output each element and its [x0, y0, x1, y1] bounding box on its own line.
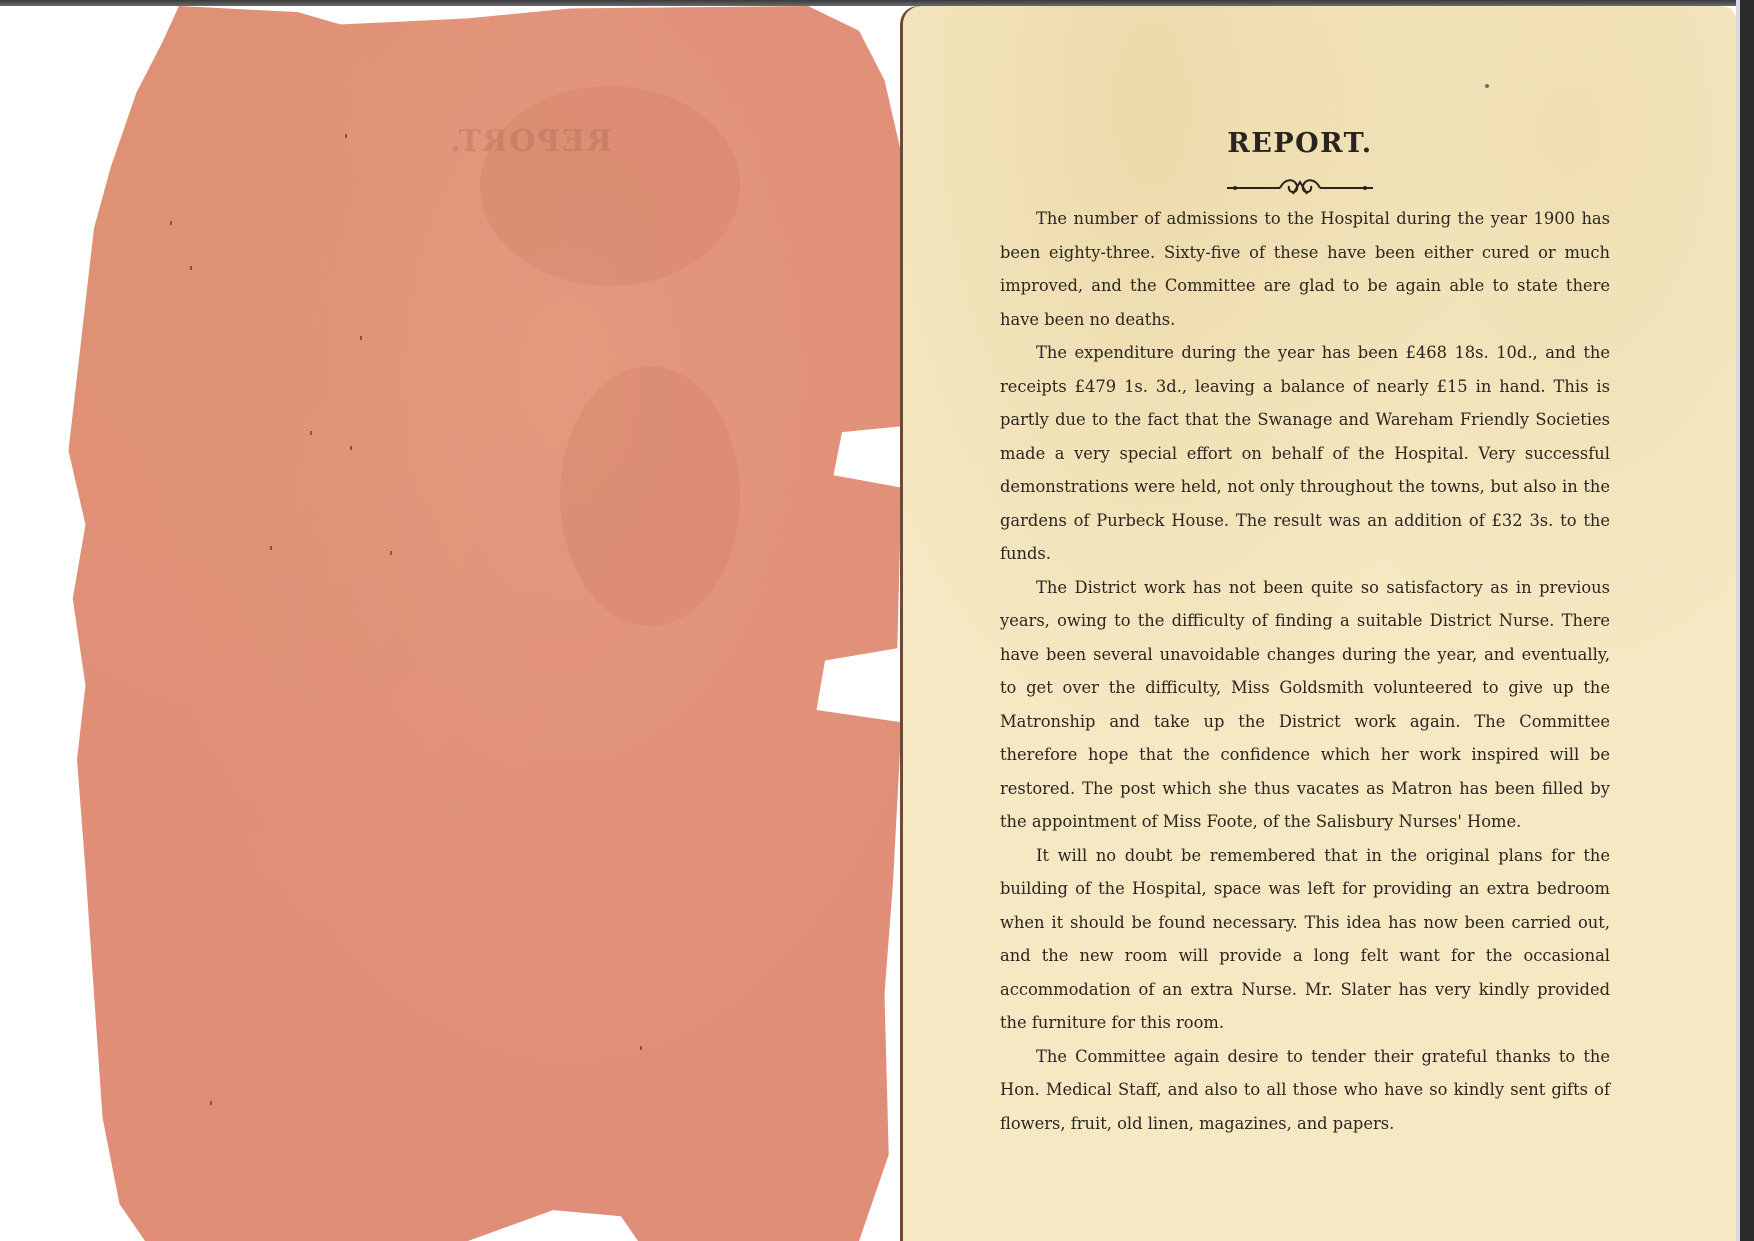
speck [310, 431, 312, 435]
paragraph-thanks: The Committee again desire to tender the… [1000, 1040, 1610, 1141]
speck [1485, 84, 1489, 88]
speck [390, 551, 392, 555]
speck [190, 266, 192, 270]
paragraph-extra-bedroom: It will no doubt be remembered that in t… [1000, 839, 1610, 1040]
paper-stain [560, 366, 740, 626]
speck [640, 1046, 642, 1050]
page-title: REPORT. [1200, 128, 1400, 159]
speck [210, 1101, 212, 1105]
speck [360, 336, 362, 340]
speck [350, 446, 352, 450]
flourish-ornament-icon [1225, 174, 1375, 198]
paper-stain [480, 86, 740, 286]
paragraph-admissions: The number of admissions to the Hospital… [1000, 202, 1610, 336]
paragraph-finances: The expenditure during the year has been… [1000, 336, 1610, 571]
bleed-through-title: REPORT. [430, 124, 630, 159]
speck [270, 546, 272, 550]
scanner-right-edge [1736, 0, 1754, 1241]
paragraph-district-work: The District work has not been quite so … [1000, 571, 1610, 839]
right-page-report: REPORT. The number of admissions to the … [900, 6, 1736, 1241]
speck [345, 134, 347, 138]
report-body: The number of admissions to the Hospital… [1000, 202, 1610, 1140]
left-page-cover: REPORT. [60, 6, 910, 1241]
speck [170, 221, 172, 225]
